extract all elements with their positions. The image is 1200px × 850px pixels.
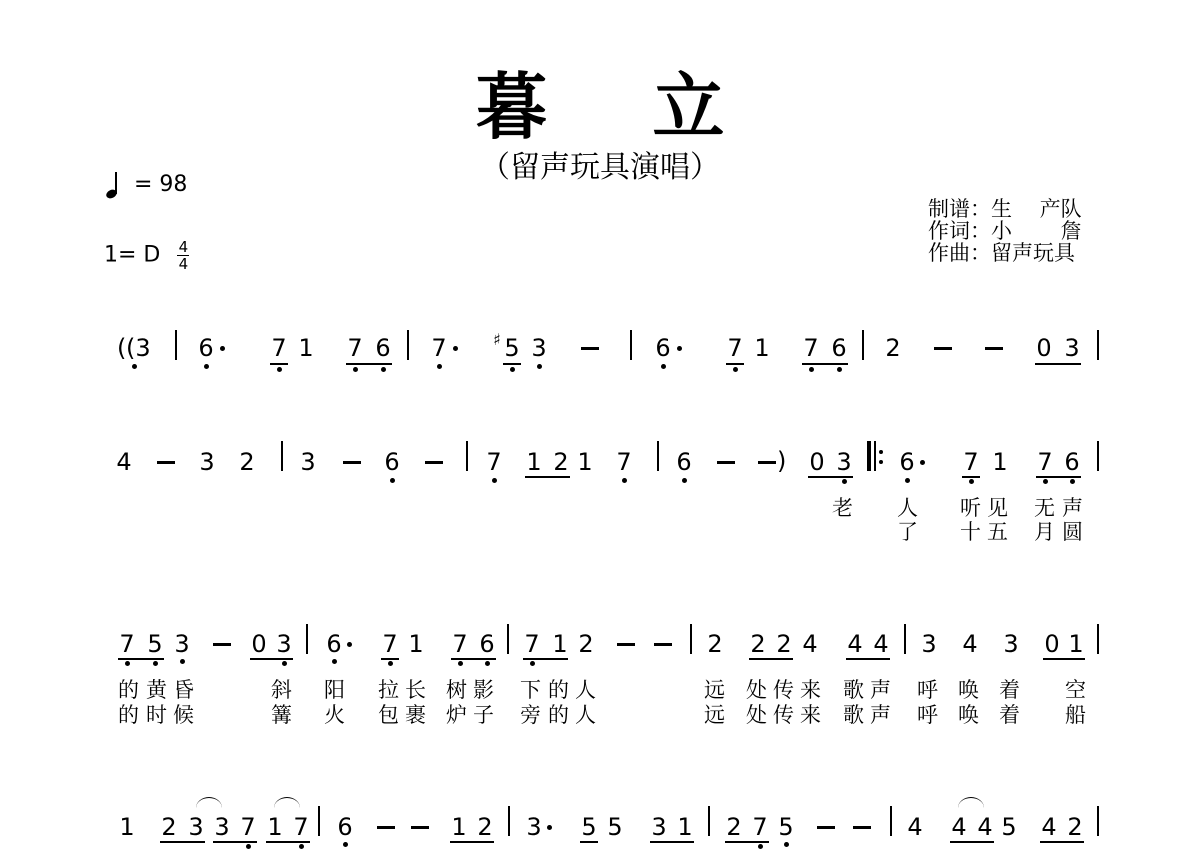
note: 1 — [118, 813, 136, 841]
lyric: 船 — [1065, 703, 1086, 727]
note: 6 — [654, 334, 672, 362]
lyric: 裹 — [405, 703, 426, 727]
note: 2 — [706, 630, 724, 658]
low-octave-dot — [388, 661, 393, 666]
rest: 0 — [1035, 334, 1053, 362]
low-octave-dot — [299, 844, 304, 849]
credits: 制谱：生 产队 作词：小 詹 作曲：留声玩具 — [928, 198, 1082, 264]
time-sig-top: 4 — [177, 240, 189, 254]
lyric: 传 — [773, 703, 794, 727]
key-label: 1= D — [104, 243, 160, 268]
low-octave-dot — [842, 479, 847, 484]
low-octave-dot — [390, 478, 395, 483]
underline — [726, 363, 744, 365]
extension-dash — [617, 643, 635, 646]
lyric: 着 — [999, 703, 1020, 727]
lyric: 歌 — [843, 678, 864, 702]
low-octave-dot — [132, 364, 137, 369]
barline — [904, 624, 906, 654]
lyric: 候 — [173, 703, 194, 727]
low-octave-dot — [1070, 479, 1075, 484]
extension-dash — [985, 347, 1003, 350]
note: 6 — [336, 813, 354, 841]
note: 5 — [580, 813, 598, 841]
underline — [808, 476, 853, 478]
underline — [523, 658, 568, 660]
underline — [381, 658, 399, 660]
barline — [1097, 806, 1099, 836]
extension-dash — [157, 461, 175, 464]
low-octave-dot — [905, 478, 910, 483]
underline — [1035, 363, 1081, 365]
barline — [1097, 441, 1099, 471]
lyric: 树 — [446, 678, 467, 702]
low-octave-dot — [458, 661, 463, 666]
barline — [630, 330, 632, 360]
underline — [962, 476, 980, 478]
note: 3 — [650, 813, 668, 841]
quarter-note-icon — [106, 170, 120, 200]
note: 6 — [374, 334, 392, 362]
lyric: 炉 — [446, 703, 467, 727]
underline — [270, 363, 288, 365]
time-sig-bottom: 4 — [177, 257, 189, 271]
note: 6 — [325, 630, 343, 658]
low-octave-dot — [682, 478, 687, 483]
note: 1 — [450, 813, 468, 841]
underline — [802, 363, 848, 365]
note: 7 — [615, 448, 633, 476]
note: 4 — [872, 630, 890, 658]
barline — [507, 624, 509, 654]
augmentation-dot — [547, 825, 552, 830]
note: 3 — [1063, 334, 1081, 362]
barline — [508, 806, 510, 836]
lyric: 声 — [1062, 496, 1083, 520]
lyric: 着 — [999, 678, 1020, 702]
underline — [213, 841, 257, 843]
lyric: 来 — [800, 703, 821, 727]
lyric: 远 — [704, 678, 725, 702]
extension-dash — [343, 461, 361, 464]
low-octave-dot — [510, 367, 515, 372]
note: 3 — [275, 630, 293, 658]
note: 3 — [299, 448, 317, 476]
note: 4 — [961, 630, 979, 658]
low-octave-dot — [125, 661, 130, 666]
note: 7 — [239, 813, 257, 841]
lyric: 篝 — [271, 703, 292, 727]
augmentation-dot — [677, 346, 682, 351]
augmentation-dot — [920, 460, 925, 465]
low-octave-dot — [343, 842, 348, 847]
lyric: 呼 — [917, 678, 938, 702]
underline — [525, 476, 570, 478]
low-octave-dot — [353, 367, 358, 372]
underline — [451, 658, 496, 660]
lyric: 包 — [378, 703, 399, 727]
note: 7 — [751, 813, 769, 841]
underline — [1040, 841, 1084, 843]
low-octave-dot — [1043, 479, 1048, 484]
note: 3 — [198, 448, 216, 476]
lyric: 下 — [520, 678, 541, 702]
lyric: 远 — [704, 703, 725, 727]
tempo-value: = 98 — [134, 172, 187, 197]
note: 2 — [749, 630, 767, 658]
note: 2 — [884, 334, 902, 362]
barline — [175, 330, 177, 360]
note: 1 — [266, 813, 284, 841]
note: 5 — [606, 813, 624, 841]
underline — [118, 658, 164, 660]
note: 7 — [270, 334, 288, 362]
lyric: 听 — [960, 496, 981, 520]
extension-dash — [654, 643, 672, 646]
lyric: 旁 — [520, 703, 541, 727]
low-octave-dot — [530, 661, 535, 666]
sharp-icon: ♯ — [493, 326, 501, 354]
low-octave-dot — [837, 367, 842, 372]
note: 6 — [830, 334, 848, 362]
underline — [160, 841, 205, 843]
lyric: 圆 — [1062, 520, 1083, 544]
repeat-dot — [879, 460, 883, 464]
lyric: 拉 — [378, 678, 399, 702]
note: 6 — [898, 448, 916, 476]
note: 7 — [381, 630, 399, 658]
low-octave-dot — [246, 844, 251, 849]
augmentation-dot — [453, 346, 458, 351]
slur — [274, 797, 300, 808]
note: 7 — [1036, 448, 1054, 476]
extension-dash — [581, 347, 599, 350]
note: 7 — [485, 448, 503, 476]
low-octave-dot — [332, 659, 337, 664]
barline — [862, 330, 864, 360]
note: 5 — [1000, 813, 1018, 841]
note: 6 — [478, 630, 496, 658]
note: (3 — [126, 334, 144, 362]
note: 7 — [726, 334, 744, 362]
low-octave-dot — [758, 844, 763, 849]
lyric: 人 — [575, 678, 596, 702]
barline — [466, 441, 468, 471]
barline — [318, 806, 320, 836]
lyric: 老 — [832, 496, 853, 520]
lyric: 了 — [897, 520, 918, 544]
note: 7 — [451, 630, 469, 658]
close-paren: ) — [777, 447, 786, 475]
low-octave-dot — [437, 364, 442, 369]
lyric: 呼 — [917, 703, 938, 727]
repeat-start-thin-bar — [874, 441, 876, 471]
augmentation-dot — [347, 642, 352, 647]
note: 6 — [383, 448, 401, 476]
lyric: 处 — [746, 678, 767, 702]
low-octave-dot — [661, 364, 666, 369]
note: 3 — [173, 630, 191, 658]
note: 7 — [118, 630, 136, 658]
extension-dash — [853, 826, 871, 829]
lyric: 传 — [773, 678, 794, 702]
low-octave-dot — [969, 479, 974, 484]
lyric: 声 — [870, 703, 891, 727]
note: 2 — [552, 448, 570, 476]
note: 4 — [801, 630, 819, 658]
low-octave-dot — [485, 661, 490, 666]
underline — [1043, 658, 1085, 660]
underline — [846, 658, 890, 660]
lyric: 五 — [987, 520, 1008, 544]
extension-dash — [934, 347, 952, 350]
note: 1 — [676, 813, 694, 841]
barline — [306, 624, 308, 654]
note: 1 — [1067, 630, 1085, 658]
open-paren: ( — [117, 334, 126, 362]
lyric: 空 — [1065, 678, 1086, 702]
barline — [1097, 330, 1099, 360]
note: 6 — [675, 448, 693, 476]
lyric: 歌 — [843, 703, 864, 727]
extension-dash — [377, 826, 395, 829]
low-octave-dot — [153, 661, 158, 666]
lyric: 斜 — [271, 678, 292, 702]
underline — [450, 841, 494, 843]
tempo-marking: = 98 — [106, 170, 187, 200]
lyric: 的 — [118, 703, 139, 727]
credit-lyricist: 作词：小 詹 — [928, 220, 1082, 242]
repeat-dot — [879, 450, 883, 454]
lyric: 唤 — [958, 703, 979, 727]
note: 1 — [753, 334, 771, 362]
note: 7 — [523, 630, 541, 658]
extension-dash — [411, 826, 429, 829]
lyric: 十 — [960, 520, 981, 544]
rest: 0 — [1043, 630, 1061, 658]
lyric: 火 — [324, 703, 345, 727]
repeat-start-thick-bar — [867, 441, 871, 471]
note: 3 — [1002, 630, 1020, 658]
note: 4 — [976, 813, 994, 841]
note: 3 — [835, 448, 853, 476]
note: 7 — [292, 813, 310, 841]
credit-composer: 作曲：留声玩具 — [928, 242, 1082, 264]
lyric: 的 — [548, 703, 569, 727]
low-octave-dot — [537, 364, 542, 369]
note: 1 — [407, 630, 425, 658]
lyric: 阳 — [324, 678, 345, 702]
note: 2 — [775, 630, 793, 658]
lyric: 处 — [746, 703, 767, 727]
augmentation-dot — [220, 346, 225, 351]
note: 1 — [576, 448, 594, 476]
note: 5 — [503, 334, 521, 362]
low-octave-dot — [784, 842, 789, 847]
underline — [950, 841, 994, 843]
song-title: 暮 立 — [0, 62, 1200, 152]
underline — [250, 658, 293, 660]
slur — [958, 797, 984, 808]
lyric: 唤 — [958, 678, 979, 702]
low-octave-dot — [277, 367, 282, 372]
lyric: 昏 — [173, 678, 194, 702]
extension-dash — [758, 461, 776, 464]
barline — [407, 330, 409, 360]
note: 1 — [297, 334, 315, 362]
lyric: 人 — [575, 703, 596, 727]
note: 4 — [115, 448, 133, 476]
low-octave-dot — [492, 478, 497, 483]
lyric: 声 — [870, 678, 891, 702]
note: 5 — [777, 813, 795, 841]
extension-dash — [425, 461, 443, 464]
lyric: 影 — [473, 678, 494, 702]
lyric: 无 — [1034, 496, 1055, 520]
underline — [1036, 476, 1081, 478]
note: 3 — [187, 813, 205, 841]
underline — [650, 841, 694, 843]
low-octave-dot — [622, 478, 627, 483]
underline — [580, 841, 598, 843]
low-octave-dot — [381, 367, 386, 372]
note: 4 — [906, 813, 924, 841]
barline — [1097, 624, 1099, 654]
lyric: 的 — [548, 678, 569, 702]
note: 6 — [197, 334, 215, 362]
note: 2 — [1066, 813, 1084, 841]
note: 6 — [1063, 448, 1081, 476]
low-octave-dot — [180, 659, 185, 664]
note: 7 — [962, 448, 980, 476]
underline — [266, 841, 310, 843]
lyric: 黄 — [146, 678, 167, 702]
note: 4 — [950, 813, 968, 841]
note: 1 — [525, 448, 543, 476]
note: 1 — [551, 630, 569, 658]
lyric: 的 — [118, 678, 139, 702]
note: 3 — [525, 813, 543, 841]
note: 3 — [530, 334, 548, 362]
note: 4 — [1040, 813, 1058, 841]
rest: 0 — [808, 448, 826, 476]
note: 2 — [725, 813, 743, 841]
barline — [657, 441, 659, 471]
note: 4 — [846, 630, 864, 658]
underline — [346, 363, 392, 365]
time-signature: 4 4 — [177, 240, 189, 271]
low-octave-dot — [733, 367, 738, 372]
barline — [708, 806, 710, 836]
note: 5 — [146, 630, 164, 658]
underline — [725, 841, 769, 843]
slur — [196, 797, 222, 808]
extension-dash — [213, 643, 231, 646]
barline — [890, 806, 892, 836]
note: 7 — [802, 334, 820, 362]
extension-dash — [817, 826, 835, 829]
underline — [749, 658, 793, 660]
note: 2 — [160, 813, 178, 841]
underline — [503, 363, 521, 365]
barline — [690, 624, 692, 654]
note: 7 — [346, 334, 364, 362]
extension-dash — [717, 461, 735, 464]
low-octave-dot — [282, 661, 287, 666]
lyric: 见 — [987, 496, 1008, 520]
note: 7 — [430, 334, 448, 362]
lyric: 月 — [1034, 520, 1055, 544]
note: 3 — [213, 813, 231, 841]
barline — [281, 441, 283, 471]
credit-arranger: 制谱：生 产队 — [928, 198, 1082, 220]
lyric: 时 — [146, 703, 167, 727]
note: 1 — [991, 448, 1009, 476]
lyric: 来 — [800, 678, 821, 702]
lyric: 子 — [473, 703, 494, 727]
rest: 0 — [250, 630, 268, 658]
note: 2 — [577, 630, 595, 658]
lyric: 人 — [897, 496, 918, 520]
lyric: 长 — [405, 678, 426, 702]
low-octave-dot — [204, 364, 209, 369]
note: 2 — [476, 813, 494, 841]
low-octave-dot — [809, 367, 814, 372]
note: 3 — [920, 630, 938, 658]
note: 2 — [238, 448, 256, 476]
key-signature: 1= D 4 4 — [104, 240, 189, 271]
